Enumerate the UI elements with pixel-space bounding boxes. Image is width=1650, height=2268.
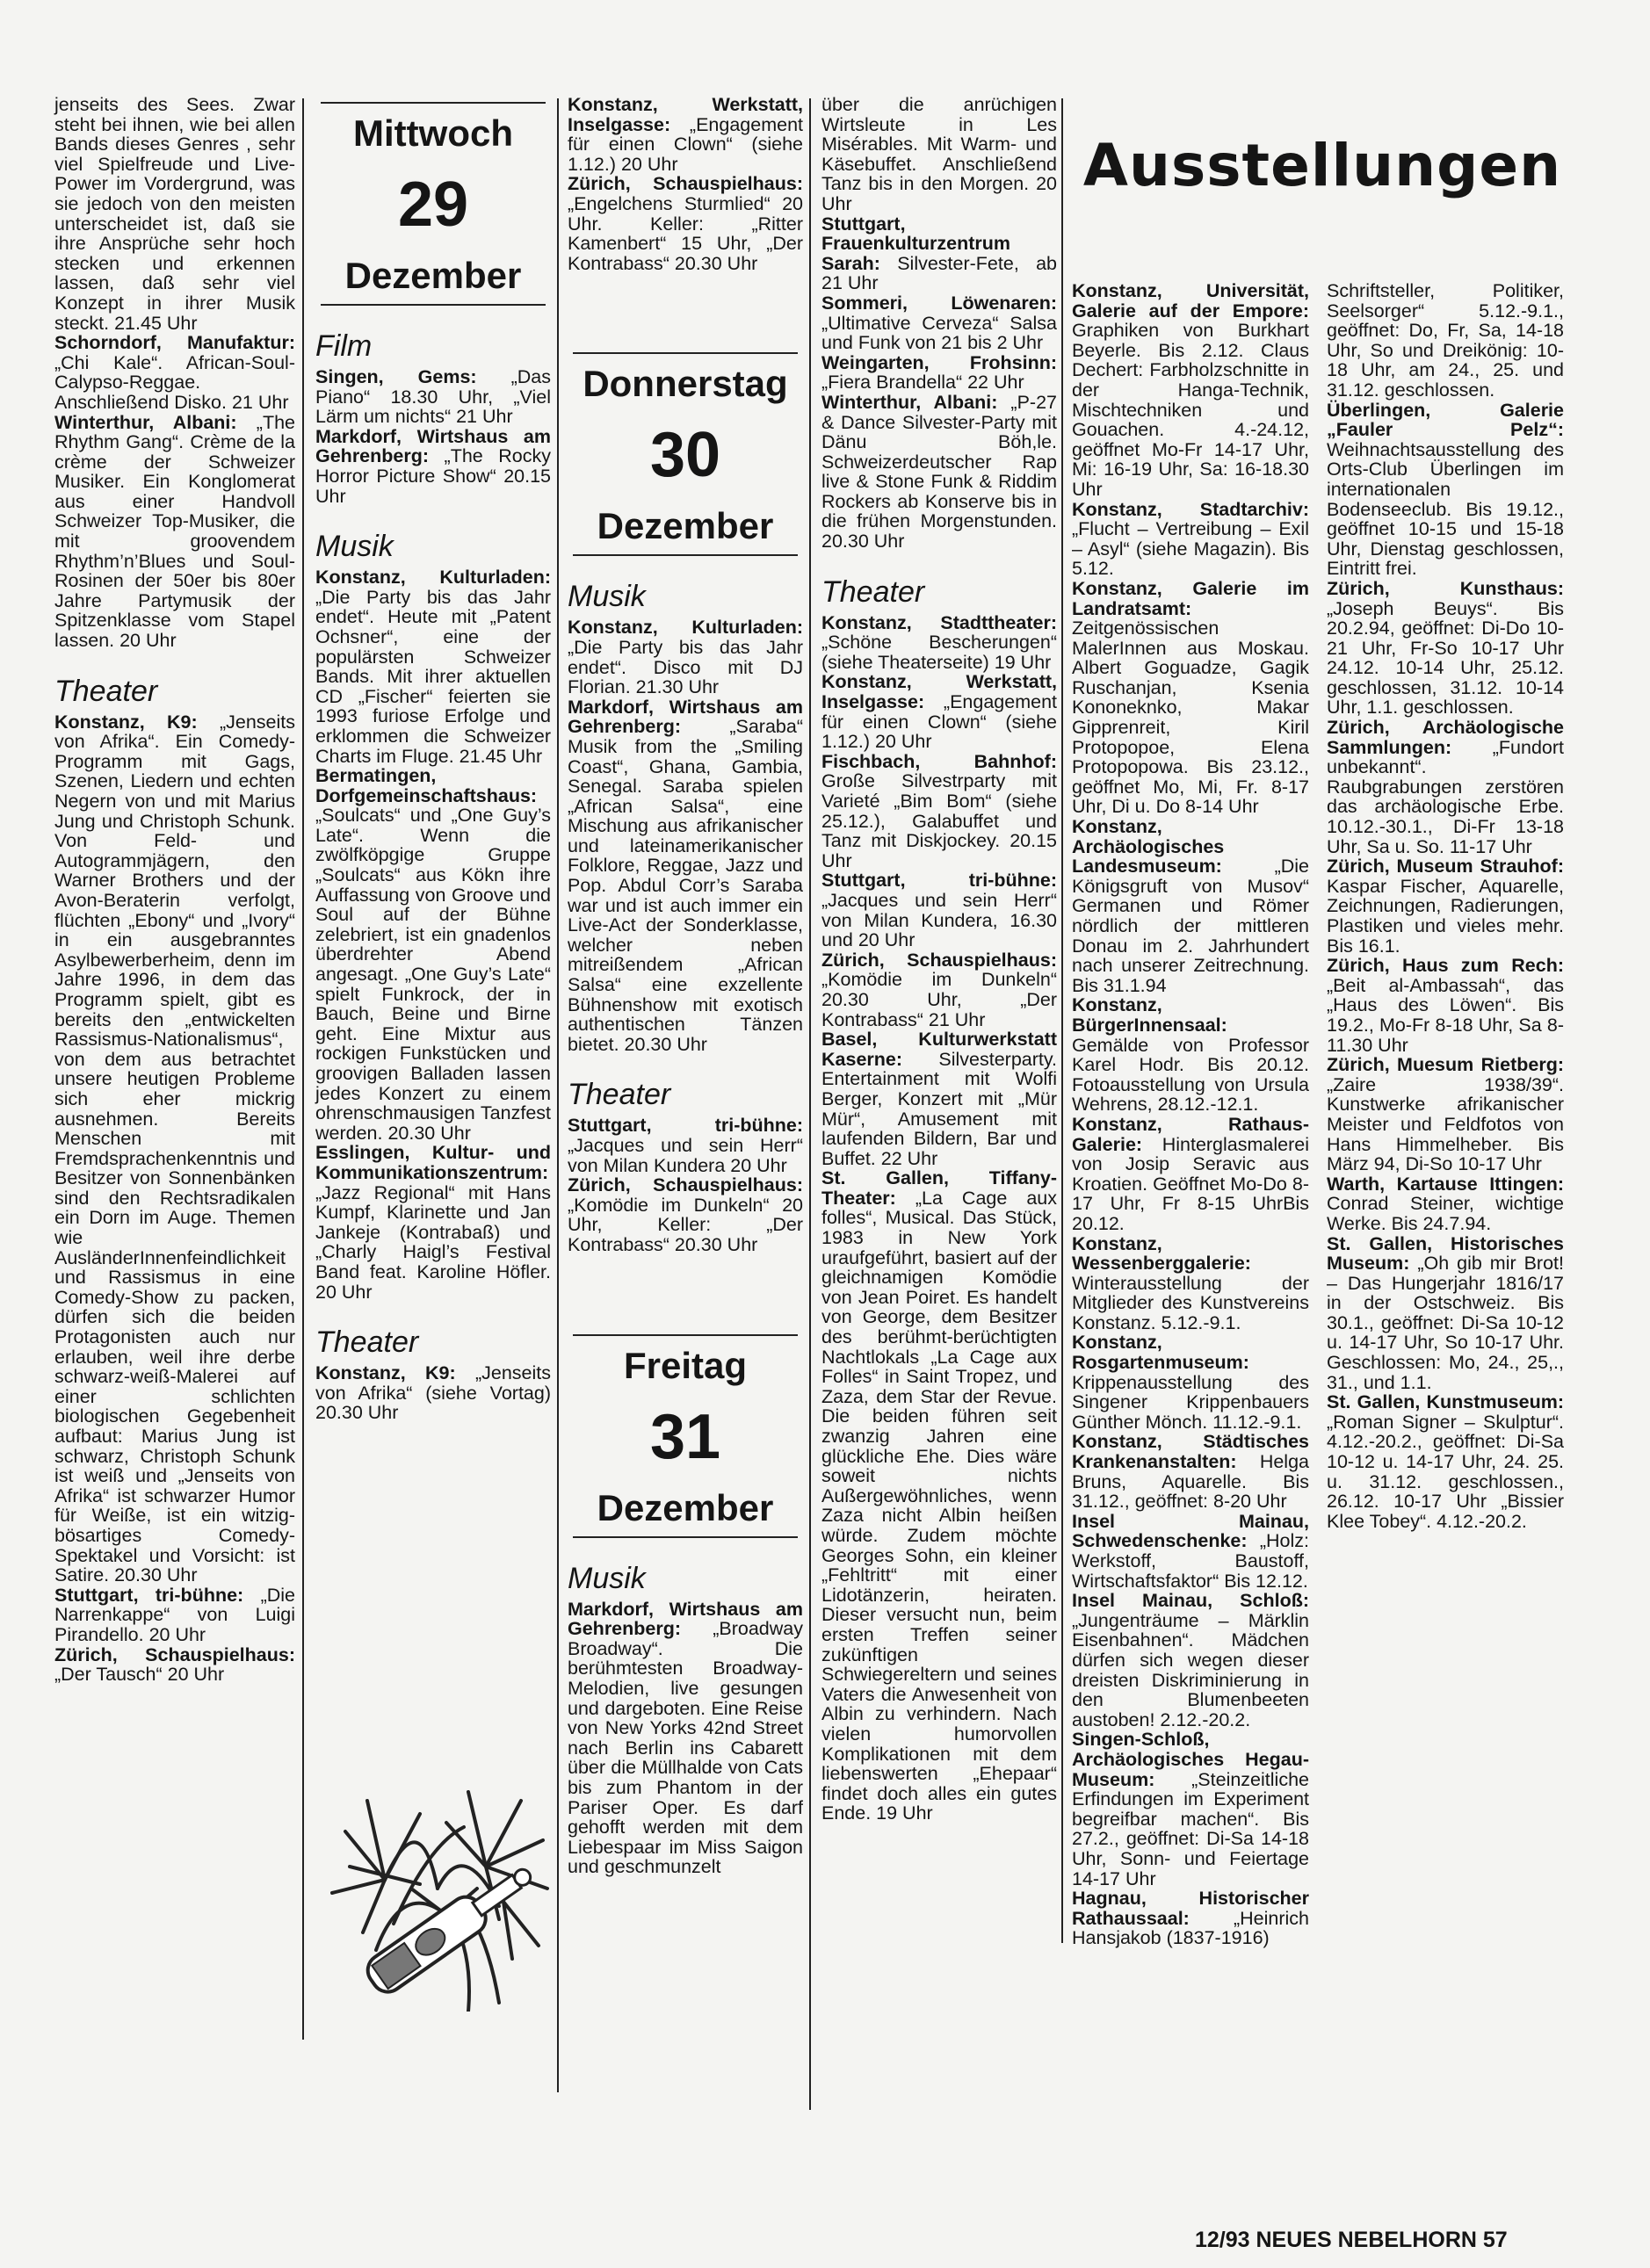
listing-entry: Zürich, Schauspielhaus: „Komödie im Dunk… [821, 950, 1057, 1029]
column-6-ausstellungen: Schriftsteller, Politiker, Seelsorger“ 5… [1327, 281, 1564, 1531]
day-header-31: Freitag 31 Dezember [573, 1334, 798, 1538]
spacer [568, 1255, 803, 1334]
listing-entry: Konstanz, Werkstatt, Inselgasse: „Engage… [821, 672, 1057, 751]
column-1: jenseits des Sees. Zwar steht bei ihnen,… [54, 95, 295, 1685]
listing-entry: Bermatingen, Dorfgemeinschaftshaus: „Sou… [315, 766, 551, 1143]
month: Dezember [573, 503, 798, 549]
section-heading-theater: Theater [315, 1325, 551, 1360]
section-heading-musik: Musik [568, 1561, 803, 1596]
listing-entry: Zürich, Archäologische Sammlungen: „Fund… [1327, 718, 1564, 856]
column-3: Konstanz, Werkstatt, Inselgasse: „Engage… [568, 95, 803, 1877]
venue: Zürich, Schauspielhaus: [54, 1644, 295, 1665]
listing-entry: Basel, Kulturwerkstatt Kaserne: Silveste… [821, 1029, 1057, 1168]
champagne-fireworks-illustration [323, 1748, 561, 2012]
listing-entry: Stuttgart, Frauenkulturzentrum Sarah: Si… [821, 214, 1057, 293]
listing-entry: St. Gallen, Historisches Museum: „Oh gib… [1327, 1234, 1564, 1393]
day-header-29: Mittwoch 29 Dezember [321, 102, 546, 306]
listing-entry: Insel Mainau, Schloß: „Jungenträume – Mä… [1072, 1591, 1309, 1730]
continued-text: Schriftsteller, Politiker, Seelsorger“ 5… [1327, 281, 1564, 401]
listing-entry: Sommeri, Löwenaren: „Ultimative Cerveza“… [821, 293, 1057, 353]
column-rule [809, 98, 811, 2110]
listing-entry: Stuttgart, tri-bühne: „Die Narrenkappe“ … [54, 1585, 295, 1645]
section-heading-musik: Musik [315, 529, 551, 564]
listing-entry: Schorndorf, Manufaktur: „Chi Kale“. Afri… [54, 333, 295, 412]
listing-entry: Hagnau, Historischer Rathaussaal: „Heinr… [1072, 1889, 1309, 1948]
listing-entry: Stuttgart, tri-bühne: „Jacques und sein … [821, 870, 1057, 950]
venue: Stuttgart, tri-bühne: [54, 1585, 243, 1606]
listing-entry: Markdorf, Wirtshaus am Gehrenberg: „Sara… [568, 697, 803, 1055]
listing-entry: Esslingen, Kultur- und Kommunikationszen… [315, 1143, 551, 1302]
listing-entry: Zürich, Museum Strauhof: Kaspar Fischer,… [1327, 856, 1564, 956]
continued-text: jenseits des Sees. Zwar steht bei ihnen,… [54, 95, 295, 333]
listing-entry: Konstanz, Städtisches Krankenanstalten: … [1072, 1432, 1309, 1511]
weekday: Freitag [573, 1343, 798, 1389]
page-footer: 12/93 NEUES NEBELHORN 57 [1195, 2228, 1508, 2253]
column-5-ausstellungen: Konstanz, Universität, Galerie auf der E… [1072, 281, 1309, 1948]
listing-entry: Zürich, Schauspielhaus: „Der Tausch“ 20 … [54, 1645, 295, 1685]
listing-entry: Konstanz, Werkstatt, Inselgasse: „Engage… [568, 95, 803, 174]
listing-entry: Konstanz, Kulturladen: „Die Party bis da… [315, 567, 551, 766]
listing-entry: St. Gallen, Kunstmuseum: „Roman Signer –… [1327, 1392, 1564, 1531]
listing-entry: Zürich, Schauspielhaus: „Komödie im Dunk… [568, 1175, 803, 1254]
page-title: Ausstellungen [1076, 132, 1568, 199]
listing-entry: Überlingen, Galerie „Fauler Pelz“: Weihn… [1327, 401, 1564, 579]
listing-entry: Konstanz, Kulturladen: „Die Party bis da… [568, 618, 803, 697]
section-heading-film: Film [315, 329, 551, 364]
column-rule [302, 98, 304, 2040]
listing-entry: Stuttgart, tri-bühne: „Jacques und sein … [568, 1116, 803, 1175]
listing-entry: Singen-Schloß, Archäologisches Hegau-Mus… [1072, 1730, 1309, 1889]
listing-entry: Konstanz, Stadttheater: „Schöne Bescheru… [821, 613, 1057, 673]
listing-entry: Konstanz, Archäologisches Landesmuseum: … [1072, 817, 1309, 995]
listing-entry: St. Gallen, Tiffany-Theater: „La Cage au… [821, 1168, 1057, 1824]
venue: Winterthur, Albani: [54, 412, 237, 433]
listing-entry: Konstanz, BürgerInnensaal: Gemälde von P… [1072, 995, 1309, 1115]
listing-entry: Konstanz, Stadtarchiv: „Flucht – Vertrei… [1072, 500, 1309, 579]
column-rule [1061, 98, 1063, 1943]
listing-entry: Konstanz, Wessenberggalerie: Winterausst… [1072, 1234, 1309, 1333]
weekday: Donnerstag [573, 361, 798, 407]
day-number: 30 [573, 407, 798, 503]
listing-entry: Zürich, Muesum Rietberg: „Zaire 1938/39“… [1327, 1055, 1564, 1174]
venue: Schorndorf, Manufaktur: [54, 332, 295, 353]
section-heading-theater: Theater [568, 1077, 803, 1112]
listing-entry: Weingarten, Frohsinn: „Fiera Brandella“ … [821, 353, 1057, 393]
listing-entry: Konstanz, Universität, Galerie auf der E… [1072, 281, 1309, 500]
listing-entry: Markdorf, Wirtshaus am Gehrenberg: „Broa… [568, 1600, 803, 1877]
listing-entry: Konstanz, K9: „Jenseits von Afrika“. Ein… [54, 712, 295, 1585]
continued-text: über die anrüchigen Wirtsleute in Les Mi… [821, 95, 1057, 214]
column-4: über die anrüchigen Wirtsleute in Les Mi… [821, 95, 1057, 1824]
listing-entry: Zürich, Schauspielhaus: „Engelchens Stur… [568, 174, 803, 273]
listing-entry: Konstanz, Galerie im Landratsamt: Zeitge… [1072, 579, 1309, 817]
listing-entry: Konstanz, K9: „Jenseits von Afrika“ (sie… [315, 1363, 551, 1423]
weekday: Mittwoch [321, 111, 546, 156]
day-header-30: Donnerstag 30 Dezember [573, 352, 798, 556]
listing-entry: Insel Mainau, Schwedenschenke: „Holz: We… [1072, 1512, 1309, 1591]
listing-entry: Konstanz, Rosgartenmuseum: Krippenausste… [1072, 1333, 1309, 1432]
listing-entry: Zürich, Haus zum Rech: „Beit al-Ambassah… [1327, 956, 1564, 1055]
day-number: 31 [573, 1389, 798, 1485]
month: Dezember [573, 1485, 798, 1531]
listing-entry: Warth, Kartause Ittingen: Conrad Steiner… [1327, 1174, 1564, 1234]
listing-entry: Singen, Gems: „Das Piano“ 18.30 Uhr, „Vi… [315, 367, 551, 427]
day-number: 29 [321, 156, 546, 253]
column-2: Mittwoch 29 Dezember Film Singen, Gems: … [315, 102, 551, 1423]
section-heading-theater: Theater [54, 674, 295, 709]
listing-entry: Winterthur, Albani: „The Rhythm Gang“. C… [54, 413, 295, 651]
listing-entry: Markdorf, Wirtshaus am Gehrenberg: „The … [315, 427, 551, 506]
venue: Konstanz, K9: [54, 711, 198, 733]
section-heading-theater: Theater [821, 574, 1057, 610]
month: Dezember [321, 253, 546, 299]
section-heading-musik: Musik [568, 579, 803, 614]
listing-entry: Zürich, Kunsthaus: „Joseph Beuys“. Bis 2… [1327, 579, 1564, 718]
listing-entry: Fischbach, Bahnhof: Große Silvestrparty … [821, 752, 1057, 871]
listing-entry: Winterthur, Albani: „P-27 & Dance Silves… [821, 393, 1057, 552]
spacer [568, 273, 803, 352]
listing-entry: Konstanz, Rathaus-Galerie: Hinterglasmal… [1072, 1115, 1309, 1234]
